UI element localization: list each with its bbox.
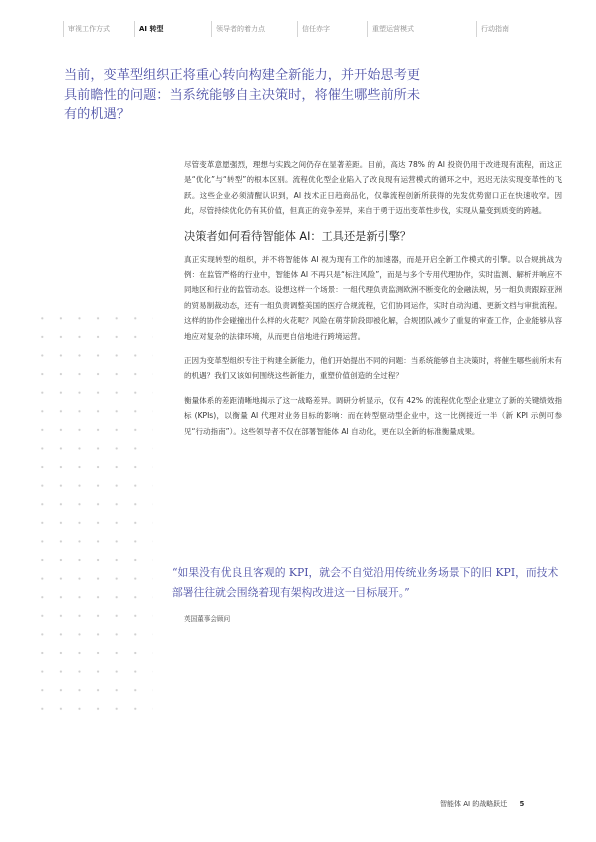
- nav-tab-review-work[interactable]: 审视工作方式: [63, 21, 110, 37]
- body-paragraph-compliance: 真正实现转型的组织，并不将智能体 AI 视为现有工作的加速器，而是开启全新工作模…: [184, 252, 562, 344]
- main-article: 尽管变革意愿强烈，理想与实践之间仍存在显著差距。目前，高达 78% 的 AI 投…: [184, 157, 562, 439]
- nav-tab-trust-deficit[interactable]: 信任赤字: [297, 21, 330, 37]
- nav-tab-reshape-operations[interactable]: 重塑运营模式: [367, 21, 414, 37]
- page-number: 5: [520, 800, 525, 808]
- top-navigation: 审视工作方式 AI 转型 领导者的着力点 信任赤字 重塑运营模式 行动指南: [0, 21, 596, 39]
- nav-tab-leader-focus[interactable]: 领导者的着力点: [211, 21, 265, 37]
- decorative-dot-grid: [33, 309, 153, 723]
- lead-statement: 当前，变革型组织正将重心转向构建全新能力，并开始思考更具前瞻性的问题：当系统能够…: [64, 66, 424, 125]
- body-paragraph-questions: 正因为变革型组织专注于构建全新能力，他们开始提出不同的问题：当系统能够自主决策时…: [184, 353, 562, 384]
- pull-quote: “如果没有优良且客观的 KPI，就会不自觉沿用传统业务场景下的旧 KPI，而技术…: [172, 563, 564, 602]
- nav-tab-ai-transformation[interactable]: AI 转型: [134, 21, 163, 37]
- page-footer: 智能体 AI 的战略跃迁 5: [440, 799, 524, 809]
- body-paragraph-kpi: 衡量体系的差距清晰地揭示了这一战略差异。调研分析显示，仅有 42% 的流程优化型…: [184, 393, 562, 439]
- quote-attribution: 英国董事会顾问: [184, 613, 230, 623]
- nav-tab-action-guide[interactable]: 行动指南: [476, 21, 509, 37]
- intro-paragraph: 尽管变革意愿强烈，理想与实践之间仍存在显著差距。目前，高达 78% 的 AI 投…: [184, 157, 562, 219]
- section-heading: 决策者如何看待智能体 AI：工具还是新引擎？: [184, 228, 562, 246]
- footer-title: 智能体 AI 的战略跃迁: [440, 800, 507, 808]
